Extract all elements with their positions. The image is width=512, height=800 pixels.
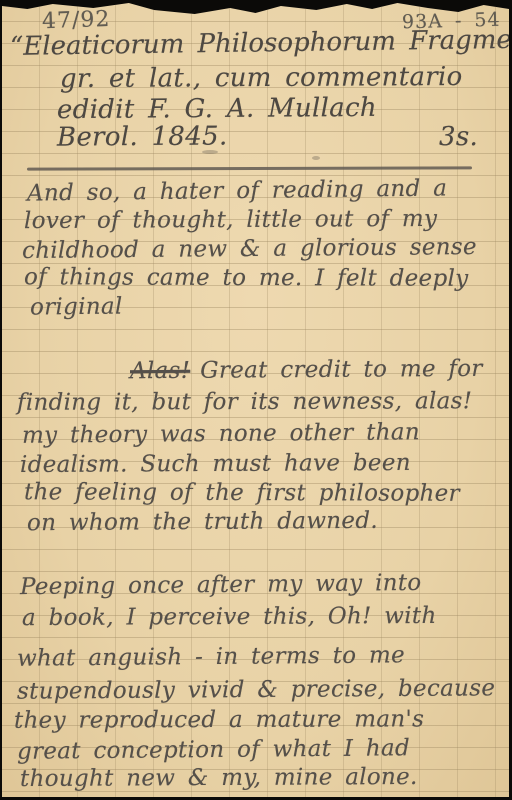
note-line: on whom the truth dawned. bbox=[27, 508, 378, 536]
note-line: great conception of what I had bbox=[17, 735, 410, 764]
editor-line: edidit F. G. A. Mullach bbox=[57, 93, 377, 125]
note-line: Peeping once after my way into bbox=[20, 570, 422, 600]
note-line: thought new & my, mine alone. bbox=[20, 764, 418, 792]
subtitle-line: gr. et lat., cum commentario bbox=[60, 62, 463, 94]
note-line: finding it, but for its newness, alas! bbox=[17, 388, 472, 416]
note-line: original bbox=[30, 294, 123, 321]
note-line-text: Great credit to me for bbox=[200, 356, 483, 384]
index-card: 47/92 93A - 54 “Eleaticorum Philosophoru… bbox=[2, 0, 509, 797]
struck-word: Alas! bbox=[130, 358, 190, 384]
divider-rule bbox=[27, 166, 472, 170]
note-line: And so, a hater of reading and a bbox=[27, 175, 448, 206]
note-line: they reproduced a mature man's bbox=[14, 706, 424, 733]
price: 3s. bbox=[439, 122, 478, 152]
note-line: my theory was none other than bbox=[22, 419, 420, 448]
note-line: a book, I perceive this, Oh! with bbox=[22, 603, 437, 631]
note-line: lover of thought, little out of my bbox=[24, 206, 437, 234]
note-line: childhood a new & a glorious sense bbox=[22, 234, 477, 264]
pencil-smudge bbox=[202, 150, 218, 154]
pencil-smudge bbox=[312, 156, 320, 160]
note-line: stupendously vivid & precise, because bbox=[17, 675, 495, 704]
imprint-line: Berol. 1845. bbox=[57, 121, 228, 152]
note-line: idealism. Such must have been bbox=[20, 450, 411, 478]
note-line: Alas!Great credit to me for bbox=[130, 356, 483, 384]
note-line: the feeling of the first philosopher bbox=[24, 479, 460, 507]
note-line: of things came to me. I felt deeply bbox=[24, 264, 469, 292]
note-line: what anguish - in terms to me bbox=[17, 642, 405, 671]
